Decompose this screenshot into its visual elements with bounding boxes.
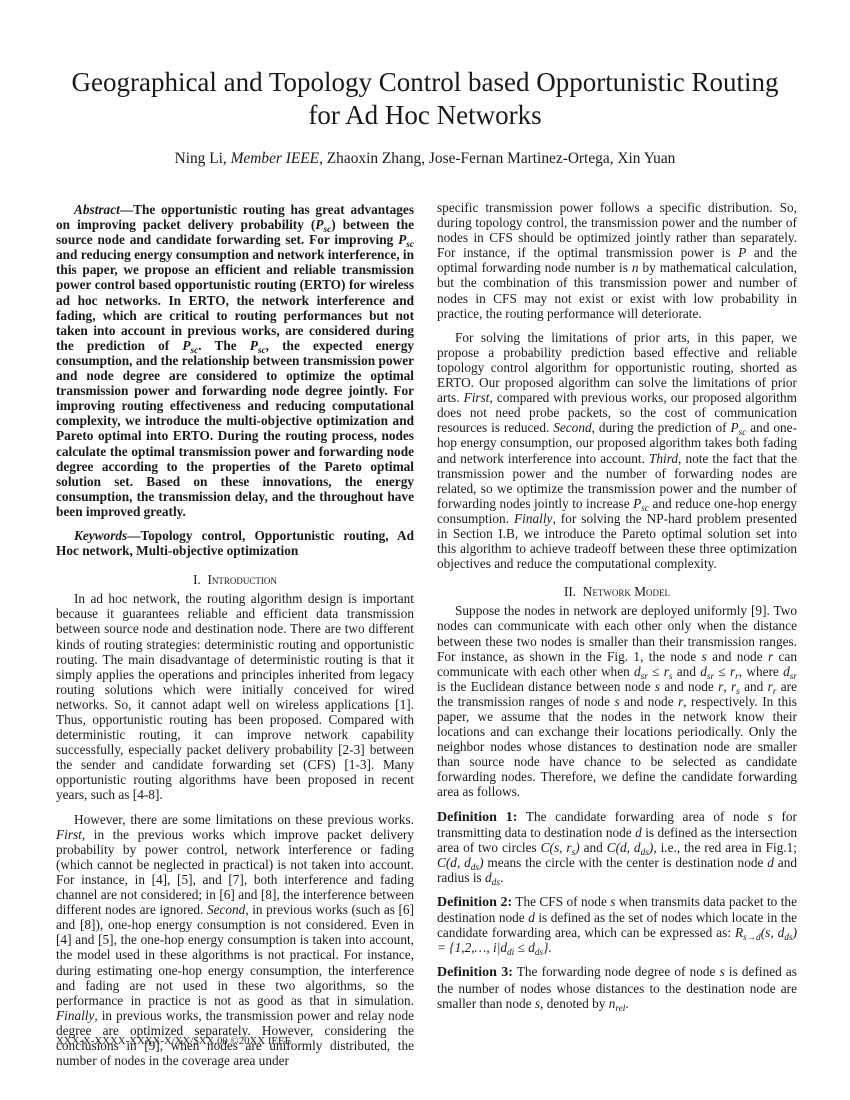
symbol-dsr: dsr [700, 664, 714, 679]
sym-p: P [633, 496, 641, 511]
symbol-d: d [635, 825, 642, 840]
sym-d: d [700, 664, 707, 679]
author-list: Ning Li, Member IEEE, Zhaoxin Zhang, Jos… [0, 150, 850, 168]
emph-first: First [56, 827, 82, 842]
other-authors: , Zhaoxin Zhang, Jose-Fernan Martinez-Or… [319, 150, 675, 167]
formula-sub: s→d [743, 933, 761, 943]
intro-paragraph-2-continued: specific transmission power follows a sp… [437, 200, 797, 321]
formula-part: C(s, r [541, 840, 572, 855]
text: and node [660, 679, 718, 694]
author-1-role: Member IEEE [231, 150, 319, 167]
text: The forwarding node degree of node [513, 964, 720, 979]
section-number: II. [564, 584, 576, 599]
keywords: Keywords—Topology control, Opportunistic… [56, 528, 414, 558]
text: means the circle with the center is dest… [484, 855, 768, 870]
definition-label: Definition 2: [437, 895, 512, 910]
symbol-psc: Psc [315, 217, 331, 232]
title-line-2: for Ad Hoc Networks [0, 99, 850, 132]
definition-2: Definition 2: The CFS of node s when tra… [437, 894, 797, 955]
abstract: Abstract—The opportunistic routing has g… [56, 202, 414, 519]
symbol-dsr: dsr [783, 664, 797, 679]
abstract-text: . The [198, 338, 250, 353]
symbol-psc: Psc [730, 420, 746, 435]
abstract-text: , the expected energy consumption, and t… [56, 338, 414, 519]
definition-1: Definition 1: The candidate forwarding a… [437, 809, 797, 885]
section-number: I. [193, 572, 201, 587]
formula-circle-d: C(d, dds) [607, 840, 654, 855]
text: The candidate forwarding area of node [517, 809, 767, 824]
sym-rel: rel [615, 1003, 625, 1013]
formula-part: (s, d [761, 925, 785, 940]
emph-second: Second [207, 902, 245, 917]
symbol-rs: rs [731, 679, 740, 694]
symbol-psc: Psc [182, 338, 198, 353]
symbol-d: d [767, 855, 774, 870]
text: and node [620, 694, 678, 709]
intro-paragraph-2: However, there are some limitations on t… [56, 812, 414, 1069]
formula-part: ≤ d [514, 940, 535, 955]
emph-first: First [464, 390, 490, 405]
copyright-footer: XXX-X-XXXX-XXXX-X/XX/$XX.00 ©20XX IEEE [56, 1035, 291, 1047]
text: and [740, 679, 768, 694]
text: The CFS of node [512, 894, 610, 909]
keywords-label: Keywords [74, 528, 127, 543]
symbol-psc: Psc [633, 496, 649, 511]
sym-ds: ds [784, 933, 792, 943]
title-line-1: Geographical and Topology Control based … [0, 66, 850, 99]
formula-circle-d: C(d, dds) [437, 855, 484, 870]
text: , respectively. In this paper, we assume… [437, 694, 797, 800]
sym-d: d [485, 870, 492, 885]
text: , i.e., the red area in Fig.1; [653, 840, 797, 855]
symbol-n: n [632, 260, 639, 275]
abstract-dash: — [120, 202, 133, 217]
text: is the Euclidean distance between node [437, 679, 655, 694]
sym-d: d [783, 664, 790, 679]
symbol-rr: rr [730, 664, 739, 679]
formula-part: R [735, 925, 743, 940]
author-1: Ning Li, [175, 150, 231, 167]
symbol-d: d [528, 910, 535, 925]
right-column: specific transmission power follows a sp… [437, 200, 797, 1011]
sym-le: ≤ [648, 664, 664, 679]
emph-finally: Finally [514, 511, 552, 526]
text: and node [707, 649, 768, 664]
text: and [580, 840, 607, 855]
symbol-dsr: dsr [634, 664, 648, 679]
text: However, there are some limitations on t… [74, 812, 414, 827]
symbol-dds: dds [485, 870, 500, 885]
formula-part: C(d, d [607, 840, 641, 855]
sym-ds: ds [535, 948, 543, 958]
sym-ds: ds [492, 878, 500, 888]
emph-second: Second [553, 420, 591, 435]
formula-part: C(d, d [437, 855, 471, 870]
formula-part: }. [543, 940, 552, 955]
text: , [723, 679, 731, 694]
section-title: Introduction [207, 572, 276, 587]
text: , where [739, 664, 783, 679]
symbol-psc: Psc [398, 232, 414, 247]
intro-paragraph-1: In ad hoc network, the routing algorithm… [56, 591, 414, 802]
symbol-p: P [738, 245, 746, 260]
sym-p: P [250, 338, 258, 353]
definition-3: Definition 3: The forwarding node degree… [437, 964, 797, 1010]
sym-p: P [730, 420, 738, 435]
definition-label: Definition 1: [437, 810, 517, 825]
definition-label: Definition 3: [437, 965, 513, 980]
intro-paragraph-3: For solving the limitations of prior art… [437, 330, 797, 572]
text: and [673, 664, 701, 679]
symbol-rs: rs [664, 664, 673, 679]
text: , denoted by [540, 996, 609, 1011]
emph-third: Third [649, 451, 678, 466]
paper-title: Geographical and Topology Control based … [0, 66, 850, 132]
emph-finally: Finally [56, 1008, 94, 1023]
section-title: Network Model [583, 584, 670, 599]
sym-le: ≤ [714, 664, 730, 679]
sym-d: d [634, 664, 641, 679]
text: , during the prediction of [592, 420, 731, 435]
abstract-label: Abstract [74, 202, 120, 217]
formula-circle-s: C(s, rs) [541, 840, 580, 855]
section-heading-introduction: I. Introduction [56, 572, 414, 587]
network-model-paragraph: Suppose the nodes in network are deploye… [437, 603, 797, 799]
symbol-nrel: nrel [609, 996, 626, 1011]
text: , in previous works (such as [6] and [8]… [56, 902, 414, 1008]
section-heading-network-model: II. Network Model [437, 584, 797, 599]
symbol-psc: Psc [250, 338, 266, 353]
keywords-dash: — [127, 528, 140, 543]
left-column: Abstract—The opportunistic routing has g… [56, 202, 414, 1068]
